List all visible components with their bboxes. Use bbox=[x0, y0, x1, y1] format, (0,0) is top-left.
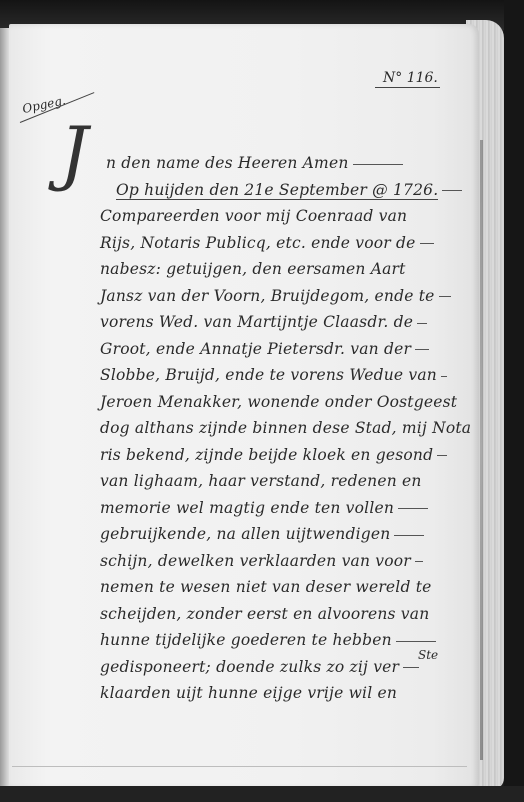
line-filler-dash bbox=[403, 667, 419, 668]
manuscript-line-text: nabesz: getuijgen, den eersamen Aart bbox=[100, 260, 406, 278]
manuscript-line-text: Groot, ende Annatje Pietersdr. van der bbox=[100, 340, 411, 358]
manuscript-line-text: gedisponeert; doende zulks zo zij ver bbox=[100, 658, 399, 676]
line-filler-dash bbox=[394, 535, 424, 536]
manuscript-line-text: vorens Wed. van Martijntje Claasdr. de bbox=[100, 313, 413, 331]
manuscript-line: klaarden uijt hunne eijge vrije wil en bbox=[100, 680, 470, 707]
manuscript-line-text: dog althans zijnde binnen dese Stad, mij… bbox=[100, 419, 471, 437]
page-bottom-rule bbox=[12, 766, 467, 767]
scan-bottom-shadow bbox=[0, 786, 524, 802]
line-filler-dash bbox=[396, 641, 436, 642]
manuscript-line: scheijden, zonder eerst en alvoorens van bbox=[100, 601, 470, 628]
manuscript-line: dog althans zijnde binnen dese Stad, mij… bbox=[100, 415, 470, 442]
manuscript-line: schijn, dewelken verklaarden van voor bbox=[100, 548, 470, 575]
manuscript-line-text: van lighaam, haar verstand, redenen en bbox=[100, 472, 422, 490]
line-filler-dash bbox=[417, 323, 427, 324]
manuscript-line-text: Jeroen Menakker, wonende onder Oostgeest bbox=[100, 393, 457, 411]
manuscript-line-text: Op huijden den 21e September @ 1726. bbox=[116, 181, 438, 200]
manuscript-line: Groot, ende Annatje Pietersdr. van der bbox=[100, 336, 470, 363]
manuscript-line-text: klaarden uijt hunne eijge vrije wil en bbox=[100, 684, 397, 702]
manuscript-line-text: Compareerden voor mij Coenraad van bbox=[100, 207, 407, 225]
manuscript-line: vorens Wed. van Martijntje Claasdr. de bbox=[100, 309, 470, 336]
line-filler-dash bbox=[437, 455, 447, 456]
manuscript-line: Jansz van der Voorn, Bruijdegom, ende te bbox=[100, 283, 470, 310]
scan-right-background bbox=[504, 0, 524, 802]
manuscript-body: n den name des Heeren AmenOp huijden den… bbox=[100, 150, 470, 707]
manuscript-line-text: nemen te wesen niet van deser wereld te bbox=[100, 578, 432, 596]
manuscript-line: n den name des Heeren Amen bbox=[106, 150, 470, 177]
manuscript-line-text: schijn, dewelken verklaarden van voor bbox=[100, 552, 411, 570]
line-filler-dash bbox=[415, 349, 429, 350]
manuscript-line-text: Jansz van der Voorn, Bruijdegom, ende te bbox=[100, 287, 435, 305]
manuscript-line: nemen te wesen niet van deser wereld te bbox=[100, 574, 470, 601]
line-filler-dash bbox=[420, 243, 434, 244]
manuscript-line-text: gebruijkende, na allen uijtwendigen bbox=[100, 525, 390, 543]
manuscript-line: hunne tijdelijke goederen te hebben bbox=[100, 627, 470, 654]
manuscript-line: nabesz: getuijgen, den eersamen Aart bbox=[100, 256, 470, 283]
manuscript-line-text: ris bekend, zijnde beijde kloek en geson… bbox=[100, 446, 433, 464]
manuscript-line: Rijs, Notaris Publicq, etc. ende voor de bbox=[100, 230, 470, 257]
decorated-initial: J bbox=[60, 118, 88, 188]
manuscript-line-text: hunne tijdelijke goederen te hebben bbox=[100, 631, 392, 649]
manuscript-line: Compareerden voor mij Coenraad van bbox=[100, 203, 470, 230]
manuscript-line: Slobbe, Bruijd, ende te vorens Wedue van bbox=[100, 362, 470, 389]
manuscript-line-text: memorie wel magtig ende ten vollen bbox=[100, 499, 394, 517]
catchword: Ste bbox=[418, 648, 438, 662]
manuscript-line: memorie wel magtig ende ten vollen bbox=[100, 495, 470, 522]
manuscript-line-text: scheijden, zonder eerst en alvoorens van bbox=[100, 605, 429, 623]
manuscript-line: Op huijden den 21e September @ 1726. bbox=[116, 177, 470, 204]
manuscript-line: gebruijkende, na allen uijtwendigen bbox=[100, 521, 470, 548]
manuscript-line-text: Rijs, Notaris Publicq, etc. ende voor de bbox=[100, 234, 416, 252]
manuscript-line: van lighaam, haar verstand, redenen en bbox=[100, 468, 470, 495]
manuscript-line-text: Slobbe, Bruijd, ende te vorens Wedue van bbox=[100, 366, 437, 384]
page-number: N° 116. bbox=[375, 70, 440, 88]
line-filler-dash bbox=[442, 190, 462, 191]
manuscript-line-text: n den name des Heeren Amen bbox=[106, 154, 349, 172]
manuscript-line: Jeroen Menakker, wonende onder Oostgeest bbox=[100, 389, 470, 416]
line-filler-dash bbox=[398, 508, 428, 509]
line-filler-dash bbox=[353, 164, 403, 165]
manuscript-line: ris bekend, zijnde beijde kloek en geson… bbox=[100, 442, 470, 469]
line-filler-dash bbox=[439, 296, 451, 297]
line-filler-dash bbox=[441, 376, 447, 377]
manuscript-line: gedisponeert; doende zulks zo zij ver bbox=[100, 654, 470, 681]
line-filler-dash bbox=[415, 561, 423, 562]
